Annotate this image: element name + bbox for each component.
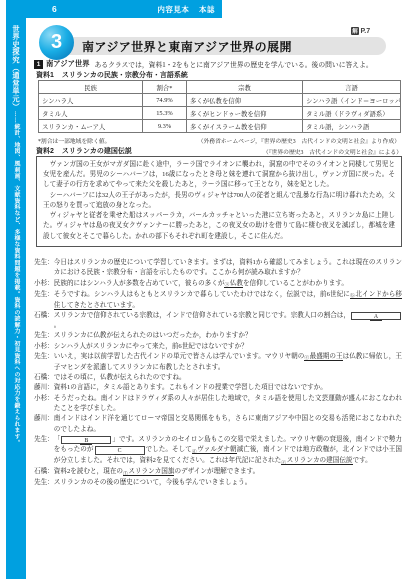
shiryo1-heading: 資料1 スリランカの民族・宗教分布・言語系統: [36, 70, 188, 80]
underline-mark: ⓒ: [304, 356, 309, 361]
table-cell: タミル語，シンハラ語: [303, 120, 401, 133]
underlined-term: ⓔスリランカの建国伝説: [281, 457, 352, 465]
table-cell: シンハラ人: [39, 94, 143, 107]
dialogue-line: 藤川：資料1の言語に，タミル語とあります。これもインドの授業で学習した項目ではな…: [34, 383, 402, 393]
dialogue-text: 「B」です。スリランカのセイロン島もこの交易で栄えました。マウリヤ朝の衰退後，南…: [54, 435, 402, 467]
answer-page-reference: 解 P.7: [351, 27, 370, 35]
sidebar-title: 世界史探究（通常単元）: [12, 25, 21, 111]
founding-legend-box: ヴァンガ国の王女がマガダ国に赴く途中，ラーラ国でライオンに襲われ，洞窟の中でその…: [36, 156, 402, 247]
table-header-row: 民族割合*宗教言語: [39, 81, 401, 94]
dialogue-line: 先生：そうですね。シンハラ人はもともとスリランカで暮らしていたわけではなく，伝説…: [34, 290, 402, 311]
speaker-label: 石橋：: [34, 467, 54, 478]
dialogue-line: 先生：いいえ，実は以前学習した古代インドの単元で皆さんは学んでいます。マウリヤ朝…: [34, 352, 402, 373]
speaker-label: 先生：: [34, 435, 54, 467]
dialogue-text: そうですね。シンハラ人はもともとスリランカで暮らしていたわけではなく，伝説では，…: [54, 290, 402, 311]
speaker-label: 先生：: [34, 258, 54, 279]
dialogue-text: スリランカに仏教が伝えられたのはいつだったか，わかりますか？: [54, 331, 402, 341]
fill-in-blank-b: B: [61, 436, 111, 445]
dialogue-line: 石橋：資料2を読むと，現在のⓕスリランカ国旗のデザインが理解できます。: [34, 467, 402, 478]
answer-book-icon: 解: [351, 27, 359, 35]
dialogue-line: 先生：スリランカのその後の歴史について，今後も学んでいきましょう。: [34, 478, 402, 488]
shiryo2-title: スリランカの建国伝説: [62, 148, 132, 155]
underline-mark: ⓔ: [281, 461, 286, 466]
dialogue-line: 小杉：民族的にはシンハラ人が多数を占めていて，彼らの多くがⓐ仏教を信仰しているこ…: [34, 279, 402, 290]
table-header-cell: 割合*: [143, 81, 187, 94]
top-label-sample: 内容見本: [157, 5, 189, 14]
sidebar-description: ……統計、地図、風刺画、文献資料など、多様な資料問題を掲載。資料の読解力・初見資…: [13, 111, 19, 446]
classroom-dialogue: 先生：今日はスリランカの歴史について学習していきます。まずは，資料1から確認して…: [34, 258, 402, 488]
speaker-label: 小杉：: [34, 394, 54, 415]
legend-paragraph: ヴィジャヤと従者を乗せた船はスッパーラカ，バールカッチャといった港に立ち寄ったあ…: [43, 211, 395, 242]
dialogue-text: ではその頃に，仏教が伝えられたのですね。: [54, 373, 402, 383]
table-cell: 74.9%: [143, 94, 187, 107]
table-cell: 多くが仏教を信仰: [187, 94, 303, 107]
unit-number-badge: 3: [39, 25, 74, 60]
table-cell: 9.3%: [143, 120, 187, 133]
table-header-cell: 民族: [39, 81, 143, 94]
table-header-cell: 宗教: [187, 81, 303, 94]
table-body: シンハラ人74.9%多くが仏教を信仰シンハラ語（インド＝ヨーロッパ語系）タミル人…: [39, 94, 401, 133]
underlined-term: ⓒ最盛期の王: [304, 353, 342, 361]
dialogue-text: 南インドはインド洋を通じてローマ帝国と交易関係をもち，さらに東南アジアや中国との…: [54, 414, 402, 435]
table-cell: 15.3%: [143, 107, 187, 120]
speaker-label: 先生：: [34, 331, 54, 341]
dialogue-line: 石橋：スリランカで信仰されている宗教は，インドで信仰されている宗教と同じです。宗…: [34, 311, 402, 332]
unit-number: 3: [51, 31, 62, 54]
question-title: 南アジア世界: [46, 59, 90, 69]
speaker-label: 先生：: [34, 290, 54, 311]
table-cell: タミル人: [39, 107, 143, 120]
underline-mark: ⓕ: [123, 472, 128, 477]
shiryo2-heading-left: 資料2 スリランカの建国伝説: [36, 146, 132, 156]
dialogue-line: 小杉：そうだったね。南インドはドラヴィダ系の人々が居住した地域で，タミル語を使用…: [34, 394, 402, 415]
table-note-left: *割合は一部地域を除く値。: [38, 136, 110, 145]
fill-in-blank-a: A: [351, 312, 401, 321]
fill-in-blank-c: C: [95, 446, 145, 455]
legend-paragraph: シーハバーフには32人の王子があったが，長男のヴィジャヤは700人の従者と組んで…: [43, 191, 395, 211]
dialogue-text: そうだったね。南インドはドラヴィダ系の人々が居住した地域で，タミル語を使用した文…: [54, 394, 402, 415]
table-notes: *割合は一部地域を除く値。 （外務省ホームページ，『世界の歴史3 古代インドの文…: [38, 136, 400, 145]
sidebar-vertical-text: 世界史探究（通常単元）……統計、地図、風刺画、文献資料など、多様な資料問題を掲載…: [6, 25, 26, 565]
speaker-label: 藤川：: [34, 414, 54, 435]
top-header-bar: 6 内容見本 本誌: [6, 0, 222, 18]
question-lead-line: 1 南アジア世界 あるクラスでは，資料1・2をもとに南アジア世界の歴史を学んでい…: [34, 59, 402, 69]
top-label-book: 本誌: [199, 5, 215, 14]
shiryo2-heading: 資料2 スリランカの建国伝説 （『世界の歴史3 古代インドの文明と社会』による）: [36, 146, 402, 156]
speaker-label: 先生：: [34, 478, 54, 488]
dialogue-text: シンハラ人がスリランカにやって来た，前6世紀ではないですか？: [54, 342, 402, 352]
table-cell: スリランカ・ムーア人: [39, 120, 143, 133]
dialogue-line: 石橋：ではその頃に，仏教が伝えられたのですね。: [34, 373, 402, 383]
shiryo2-label: 資料2: [36, 148, 54, 155]
speaker-label: 小杉：: [34, 279, 54, 290]
speaker-label: 小杉：: [34, 342, 54, 352]
table-cell: タミル語（ドラヴィダ語系）: [303, 107, 401, 120]
dialogue-text: 今日はスリランカの歴史について学習していきます。まずは，資料1から確認してみまし…: [54, 258, 402, 279]
underlined-term: ⓑ北インドから移住してきたとされています: [54, 291, 402, 310]
underlined-term: ⓐ仏教: [224, 280, 243, 288]
table-cell: 多くがイスラーム教を信仰: [187, 120, 303, 133]
dialogue-text: スリランカで信仰されている宗教は，インドで信仰されている宗教と同じです。宗教人口…: [54, 311, 402, 332]
table-note-source: （外務省ホームページ，『世界の歴史3 古代インドの文明と社会』より作成）: [198, 136, 400, 145]
underlined-term: ⓓヴァルダナ朝: [192, 446, 237, 454]
dialogue-line: 先生：スリランカに仏教が伝えられたのはいつだったか，わかりますか？: [34, 331, 402, 341]
dialogue-text: 資料1の言語に，タミル語とあります。これもインドの授業で学習した項目ではないです…: [54, 383, 402, 393]
dialogue-text: 民族的にはシンハラ人が多数を占めていて，彼らの多くがⓐ仏教を信仰していることがわ…: [54, 279, 402, 290]
legend-paragraph: ヴァンガ国の王女がマガダ国に赴く途中，ラーラ国でライオンに襲われ，洞窟の中でその…: [43, 160, 395, 191]
speaker-label: 石橋：: [34, 373, 54, 383]
table-row: タミル人15.3%多くがヒンドゥー教を信仰タミル語（ドラヴィダ語系）: [39, 107, 401, 120]
shiryo1-title: スリランカの民族・宗教分布・言語系統: [62, 72, 188, 79]
speaker-label: 石橋：: [34, 311, 54, 332]
shiryo1-label: 資料1: [36, 72, 54, 79]
table-cell: 多くがヒンドゥー教を信仰: [187, 107, 303, 120]
table-row: シンハラ人74.9%多くが仏教を信仰シンハラ語（インド＝ヨーロッパ語系）: [39, 94, 401, 107]
textbook-sample-page: 6 内容見本 本誌 世界史探究（通常単元）……統計、地図、風刺画、文献資料など、…: [0, 0, 410, 579]
dialogue-line: 小杉：シンハラ人がスリランカにやって来た，前6世紀ではないですか？: [34, 342, 402, 352]
question-lead-text: あるクラスでは，資料1・2をもとに南アジア世界の歴史を学んでいる。後の問いに答え…: [95, 59, 373, 69]
unit-title: 南アジア世界と東南アジア世界の展開: [82, 38, 292, 55]
top-header-labels: 内容見本 本誌: [157, 4, 215, 15]
question-number-badge: 1: [34, 60, 43, 69]
dialogue-text: 資料2を読むと，現在のⓕスリランカ国旗のデザインが理解できます。: [54, 467, 402, 478]
underlined-term: ⓕスリランカ国旗: [123, 468, 174, 476]
shiryo2-source: （『世界の歴史3 古代インドの文明と社会』による）: [263, 147, 402, 156]
underline-mark: ⓑ: [350, 294, 355, 299]
dialogue-line: 先生：今日はスリランカの歴史について学習していきます。まずは，資料1から確認して…: [34, 258, 402, 279]
answer-page-number: P.7: [361, 28, 371, 35]
dialogue-line: 先生：「B」です。スリランカのセイロン島もこの交易で栄えました。マウリヤ朝の衰退…: [34, 435, 402, 467]
table-row: スリランカ・ムーア人9.3%多くがイスラーム教を信仰タミル語，シンハラ語: [39, 120, 401, 133]
ethnic-religion-language-table: 民族割合*宗教言語 シンハラ人74.9%多くが仏教を信仰シンハラ語（インド＝ヨー…: [38, 80, 401, 133]
speaker-label: 藤川：: [34, 383, 54, 393]
dialogue-text: スリランカのその後の歴史について，今後も学んでいきましょう。: [54, 478, 402, 488]
page-number: 6: [52, 4, 57, 14]
underline-mark: ⓓ: [192, 450, 197, 455]
dialogue-text: いいえ，実は以前学習した古代インドの単元で皆さんは学んでいます。マウリヤ朝のⓒ最…: [54, 352, 402, 373]
table-cell: シンハラ語（インド＝ヨーロッパ語系）: [303, 94, 401, 107]
speaker-label: 先生：: [34, 352, 54, 373]
table-header-cell: 言語: [303, 81, 401, 94]
sidebar-banner: 世界史探究（通常単元）……統計、地図、風刺画、文献資料など、多様な資料問題を掲載…: [6, 18, 26, 579]
underline-mark: ⓐ: [224, 283, 229, 288]
dialogue-line: 藤川：南インドはインド洋を通じてローマ帝国と交易関係をもち，さらに東南アジアや中…: [34, 414, 402, 435]
